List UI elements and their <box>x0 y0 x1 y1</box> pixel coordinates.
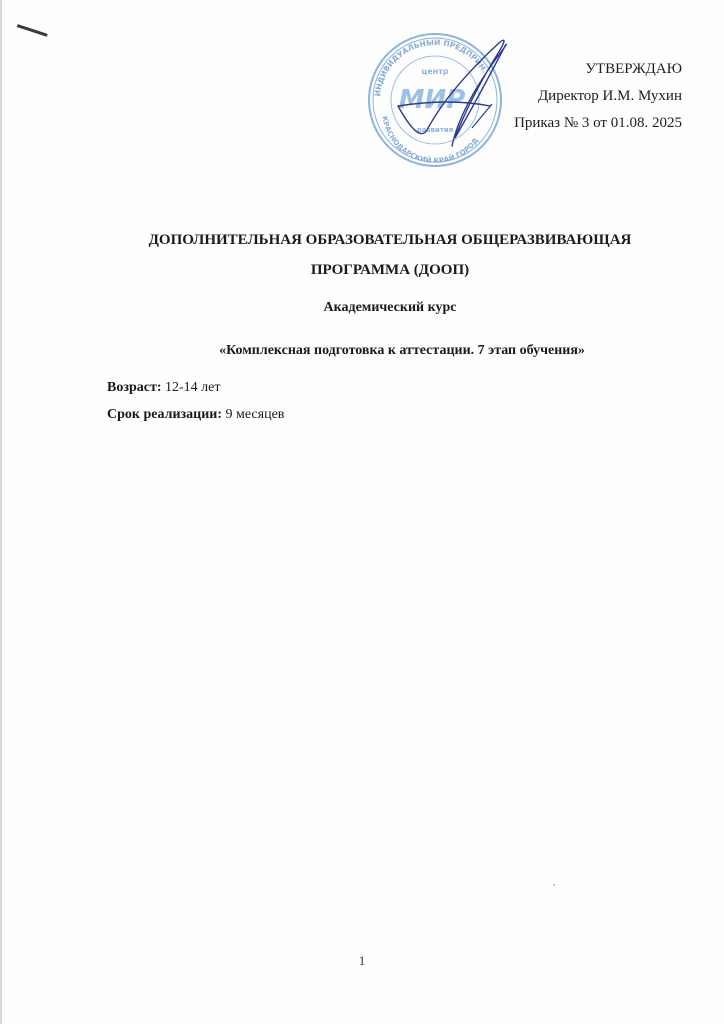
document-page: ИНДИВИДУАЛЬНЫЙ ПРЕДПРИН. КРАСНОДАРСКИЙ К… <box>0 0 724 1024</box>
age-value: 12-14 лет <box>162 380 221 395</box>
approval-order: Приказ № 3 от 01.08. 2025 <box>514 110 682 137</box>
approval-heading: УТВЕРЖДАЮ <box>514 56 682 83</box>
pen-mark <box>17 24 48 37</box>
course-name: «Комплексная подготовка к аттестации. 7 … <box>40 343 724 359</box>
scan-edge <box>0 0 2 1024</box>
approval-block: УТВЕРЖДАЮ Директор И.М. Мухин Приказ № 3… <box>514 56 682 137</box>
approval-director: Директор И.М. Мухин <box>514 83 682 110</box>
duration-row: Срок реализации: 9 месяцев <box>107 407 284 423</box>
svg-text:развития: развития <box>417 126 454 134</box>
document-subtitle: Академический курс <box>28 300 724 316</box>
age-label: Возраст: <box>107 380 162 395</box>
age-row: Возраст: 12-14 лет <box>107 380 221 396</box>
duration-label: Срок реализации: <box>107 407 222 422</box>
duration-value: 9 месяцев <box>222 407 284 422</box>
document-title-line2: ПРОГРАММА (ДООП) <box>28 262 724 279</box>
page-number: 1 <box>0 953 724 969</box>
svg-text:центр: центр <box>421 67 449 76</box>
scan-speck <box>553 884 555 886</box>
document-title-line1: ДОПОЛНИТЕЛЬНАЯ ОБРАЗОВАТЕЛЬНАЯ ОБЩЕРАЗВИ… <box>28 232 724 249</box>
seal-stamp-icon: ИНДИВИДУАЛЬНЫЙ ПРЕДПРИН. КРАСНОДАРСКИЙ К… <box>360 28 510 168</box>
